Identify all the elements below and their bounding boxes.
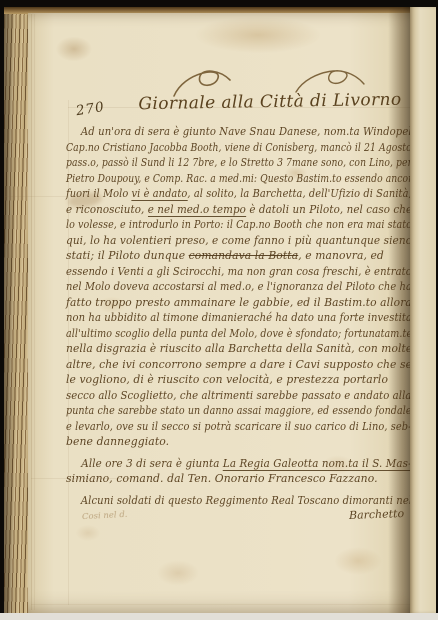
manuscript-line: fuori il Molo vi è andato, al solito, la…	[66, 186, 382, 202]
manuscript-text-segment: Alcuni soldati di questo Reggimento Real…	[81, 494, 412, 507]
manuscript-text-segment: altre, che ivi concorrono sempre a dare …	[66, 358, 412, 371]
manuscript-line: stati; il Piloto dunque comandava la Bot…	[66, 248, 412, 264]
manuscript-text-segment: all'ultimo scoglio della punta del Molo,…	[66, 327, 412, 340]
manuscript-text-segment: pass.o, passò il Sund li 12 7bre, e lo S…	[66, 156, 412, 169]
book-gutter-shadow	[388, 7, 412, 613]
manuscript-line: non ha ubbidito al timone dimanieraché h…	[66, 310, 388, 326]
manuscript-line: punta che sarebbe stato un danno assai m…	[66, 403, 373, 419]
manuscript-text-segment: e nel med.o tempo	[148, 203, 246, 217]
manuscript-text-segment: comandava la Botta	[189, 249, 299, 262]
manuscript-text-segment: simiano, comand. dal Ten. Onorario Franc…	[66, 472, 378, 485]
manuscript-line: nella disgrazia è riuscito alla Barchett…	[66, 341, 409, 357]
manuscript-line: le vogliono, di è riuscito con velocità,…	[66, 372, 412, 388]
manuscript-text-segment: vi è andato	[132, 187, 188, 201]
manuscript-text-segment: , e manovra, ed	[298, 249, 384, 262]
manuscript-line: e levarlo, ove su il secco si potrà scar…	[66, 419, 382, 435]
manuscript-line: Alcuni soldati di questo Reggimento Real…	[66, 493, 389, 509]
manuscript-line: simiano, comand. dal Ten. Onorario Franc…	[66, 471, 414, 487]
manuscript-line: e riconosciuto, e nel med.o tempo è dato…	[66, 202, 398, 218]
manuscript-text-segment: nella disgrazia è riuscito alla Barchett…	[66, 342, 412, 355]
manuscript-text-segment: Ad un'ora di sera è giunto Nave Snau Dan…	[81, 125, 412, 138]
book-page-stack-edge	[4, 7, 30, 613]
manuscript-text-segment: Cap.no Cristiano Jacobba Booth, viene di…	[66, 141, 412, 154]
manuscript-line: bene danneggiato.	[66, 434, 414, 450]
manuscript-line: pass.o, passò il Sund li 12 7bre, e lo S…	[66, 155, 363, 171]
manuscript-text-segment: qui, lo ha volentieri preso, e come fann…	[66, 234, 412, 247]
manuscript-text-segment: bene danneggiato.	[66, 435, 169, 448]
photo-bottom-margin	[0, 613, 438, 620]
manuscript-line: secco allo Scoglietto, che altrimenti sa…	[66, 388, 391, 404]
manuscript-text-segment: secco allo Scoglietto, che altrimenti sa…	[66, 389, 412, 402]
manuscript-line: essendo i Venti a gli Scirocchi, ma non …	[66, 264, 389, 280]
manuscript-line: Ad un'ora di sera è giunto Nave Snau Dan…	[66, 124, 391, 140]
manuscript-text-segment: essendo i Venti a gli Scirocchi, ma non …	[66, 265, 412, 278]
manuscript-text-segment: le vogliono, di è riuscito con velocità,…	[66, 373, 388, 386]
manuscript-photo: 270 Giornale alla Città di Livorno Ad un…	[0, 0, 438, 620]
manuscript-line: Alle ore 3 di sera è giunta La Regia Gal…	[66, 456, 399, 472]
manuscript-paragraph: Ad un'ora di sera è giunto Nave Snau Dan…	[66, 124, 414, 450]
manuscript-text-segment: nel Molo doveva accostarsi al med.o, e l…	[66, 280, 412, 293]
manuscript-line: Cap.no Cristiano Jacobba Booth, viene di…	[66, 140, 365, 156]
manuscript-text-segment: Alle ore 3 di sera è giunta	[81, 457, 223, 470]
manuscript-text: Ad un'ora di sera è giunto Nave Snau Dan…	[66, 124, 414, 508]
margin-rule-vertical	[31, 14, 32, 610]
margin-rule-horizontal	[31, 604, 414, 605]
manuscript-line: Pietro Doupouy, e Comp. Rac. a med.mi: Q…	[66, 171, 362, 187]
manuscript-text-segment: La Regia Galeotta nom.ta il S. Mas-	[223, 457, 412, 471]
manuscript-line: qui, lo ha volentieri preso, e come fann…	[66, 233, 404, 249]
margin-rule-horizontal	[5, 196, 68, 197]
facing-page-sliver	[410, 7, 436, 613]
manuscript-line: fatto troppo presto ammainare le gabbie,…	[66, 295, 410, 311]
margin-rule-vertical	[34, 14, 35, 610]
manuscript-text-segment: Pietro Doupouy, e Comp. Rac. a med.mi: Q…	[66, 172, 418, 185]
manuscript-text-segment: non ha ubbidito al timone dimanieraché h…	[66, 311, 412, 324]
manuscript-text-segment: , al solito, la Barchetta, dell'Ufizio d…	[187, 187, 411, 200]
manuscript-paragraph: Alle ore 3 di sera è giunta La Regia Gal…	[66, 456, 414, 487]
manuscript-text-segment: stati; il Piloto dunque	[66, 249, 189, 262]
manuscript-text-segment: fuori il Molo	[66, 187, 132, 200]
manuscript-line: nel Molo doveva accostarsi al med.o, e l…	[66, 279, 385, 295]
manuscript-text-segment: lo volesse, e introdurlo in Porto: il Ca…	[66, 218, 412, 231]
manuscript-text-segment: e levarlo, ove su il secco si potrà scar…	[66, 420, 412, 433]
manuscript-line: lo volesse, e introdurlo in Porto: il Ca…	[66, 217, 372, 233]
manuscript-text-segment: punta che sarebbe stato un danno assai m…	[66, 404, 412, 417]
manuscript-line: altre, che ivi concorrono sempre a dare …	[66, 357, 412, 373]
manuscript-text-segment: fatto troppo presto ammainare le gabbie,…	[66, 296, 412, 309]
manuscript-paragraph: Alcuni soldati di questo Reggimento Real…	[66, 493, 414, 509]
manuscript-line: all'ultimo scoglio della punta del Molo,…	[66, 326, 373, 342]
manuscript-text-segment: e riconosciuto,	[66, 203, 148, 216]
